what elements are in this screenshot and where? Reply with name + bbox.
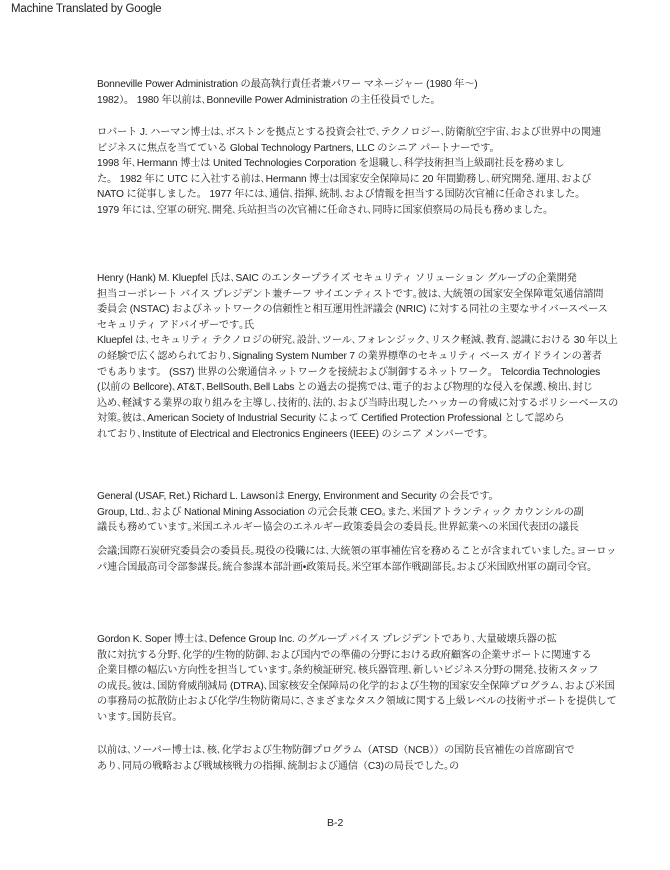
text-line: パ連合国最高司令部参謀長｡統合参謀本部計画•政策局長｡米空軍本部作戦副部長｡およ… xyxy=(97,560,582,576)
text-line: の経験で広く認められており､Signaling System Number 7 … xyxy=(97,349,582,365)
text-line: ビジネスに焦点を当てている Global Technology Partners… xyxy=(97,141,582,157)
text-line: ロバート J. ハーマン博士は､ボストンを拠点とする投資会社で､テクノロジー､防… xyxy=(97,125,582,141)
text-line: 1979 年には､空軍の研究､開発､兵站担当の次官補に任命され､同時に国家偵察局… xyxy=(97,203,582,219)
text-line: 1998 年､Hermann 博士は United Technologies C… xyxy=(97,156,582,172)
paragraph-lawson-bio: General (USAF, Ret.) Richard L. Lawsonは … xyxy=(97,489,582,536)
machine-translation-banner: Machine Translated by Google xyxy=(11,3,161,15)
text-line: 会議;国際石炭研究委員会の委員長｡現役の役職には､大統領の軍事補佐官を務めること… xyxy=(97,544,582,560)
text-line: あり､同局の戦略および戦域核戦力の指揮､統制および通信（C3)の局長でした｡の xyxy=(97,759,582,775)
text-line: れており､Institute of Electrical and Electro… xyxy=(97,427,582,443)
text-line: 以前は､ソーパー博士は､核､化学および生物防御プログラム（ATSD（NCB））の… xyxy=(97,743,582,759)
text-line: 委員会 (NSTAC) およびネットワークの信頼性と相互運用性評議会 (NRIC… xyxy=(97,302,582,318)
text-line: NATO に従事しました。 1977 年には､通信､指揮､統制､および情報を担当… xyxy=(97,187,582,203)
text-line: 議長も務めています｡米国エネルギー協会のエネルギー政策委員会の委員長｡世界鉱業へ… xyxy=(97,520,582,536)
text-line: た。 1982 年に UTC に入社する前は､Hermann 博士は国家安全保障… xyxy=(97,172,582,188)
page-number: B-2 xyxy=(327,817,343,829)
text-line: 散に対抗する分野､化学的/生物的防御､および国内での準備の分野における政府顧客の… xyxy=(97,648,582,664)
text-line: 企業目標の幅広い方向性を担当しています｡条約検証研究､核兵器管理､新しいビジネス… xyxy=(97,663,582,679)
text-line: Gordon K. Soper 博士は､Defence Group Inc. の… xyxy=(97,632,582,648)
text-line: (以前の Bellcore)､AT&T､BellSouth､Bell Labs … xyxy=(97,380,582,396)
paragraph-hermann-bio: ロバート J. ハーマン博士は､ボストンを拠点とする投資会社で､テクノロジー､防… xyxy=(97,125,582,219)
text-line: Bonneville Power Administration の最高執行責任者… xyxy=(97,77,582,93)
paragraph-lawson-positions: 会議;国際石炭研究委員会の委員長｡現役の役職には､大統領の軍事補佐官を務めること… xyxy=(97,544,582,575)
text-line: の事務局の拡散防止および化学/生物防衛局に､さまざまなタスク領域に関する上級レベ… xyxy=(97,694,582,710)
text-line: Group, Ltd.､および National Mining Associat… xyxy=(97,505,582,521)
text-line: います｡国防長官。 xyxy=(97,710,582,726)
text-line: 対策｡彼は､American Society of Industrial Sec… xyxy=(97,411,582,427)
text-line: 担当コーポレート バイス プレジデント兼チーフ サイエンティストです｡彼は､大統… xyxy=(97,287,582,303)
paragraph-kluepfel-bio: Henry (Hank) M. Kluepfel 氏は､SAIC のエンタープラ… xyxy=(97,271,582,443)
text-line: セキュリティ アドバイザーです｡氏 xyxy=(97,318,582,334)
text-line: でもあります。 (SS7) 世界の公衆通信ネットワークを接続および制御するネット… xyxy=(97,365,582,381)
text-line: 込め､軽減する業界の取り組みを主導し､技術的､法的､および当時出現したハッカーの… xyxy=(97,396,582,412)
paragraph-soper-bio: Gordon K. Soper 博士は､Defence Group Inc. の… xyxy=(97,632,582,726)
paragraph-bonneville: Bonneville Power Administration の最高執行責任者… xyxy=(97,77,582,108)
text-line: の成長｡彼は､国防脅威削減局 (DTRA)､国家核安全保障局の化学的および生物的… xyxy=(97,679,582,695)
text-line: General (USAF, Ret.) Richard L. Lawsonは … xyxy=(97,489,582,505)
text-line: Kluepfel は､セキュリティ テクノロジの研究､設計､ツール､フォレンジッ… xyxy=(97,333,582,349)
paragraph-soper-previous: 以前は､ソーパー博士は､核､化学および生物防御プログラム（ATSD（NCB））の… xyxy=(97,743,582,774)
text-line: 1982）。 1980 年以前は､Bonneville Power Admini… xyxy=(97,93,582,109)
text-line: Henry (Hank) M. Kluepfel 氏は､SAIC のエンタープラ… xyxy=(97,271,582,287)
